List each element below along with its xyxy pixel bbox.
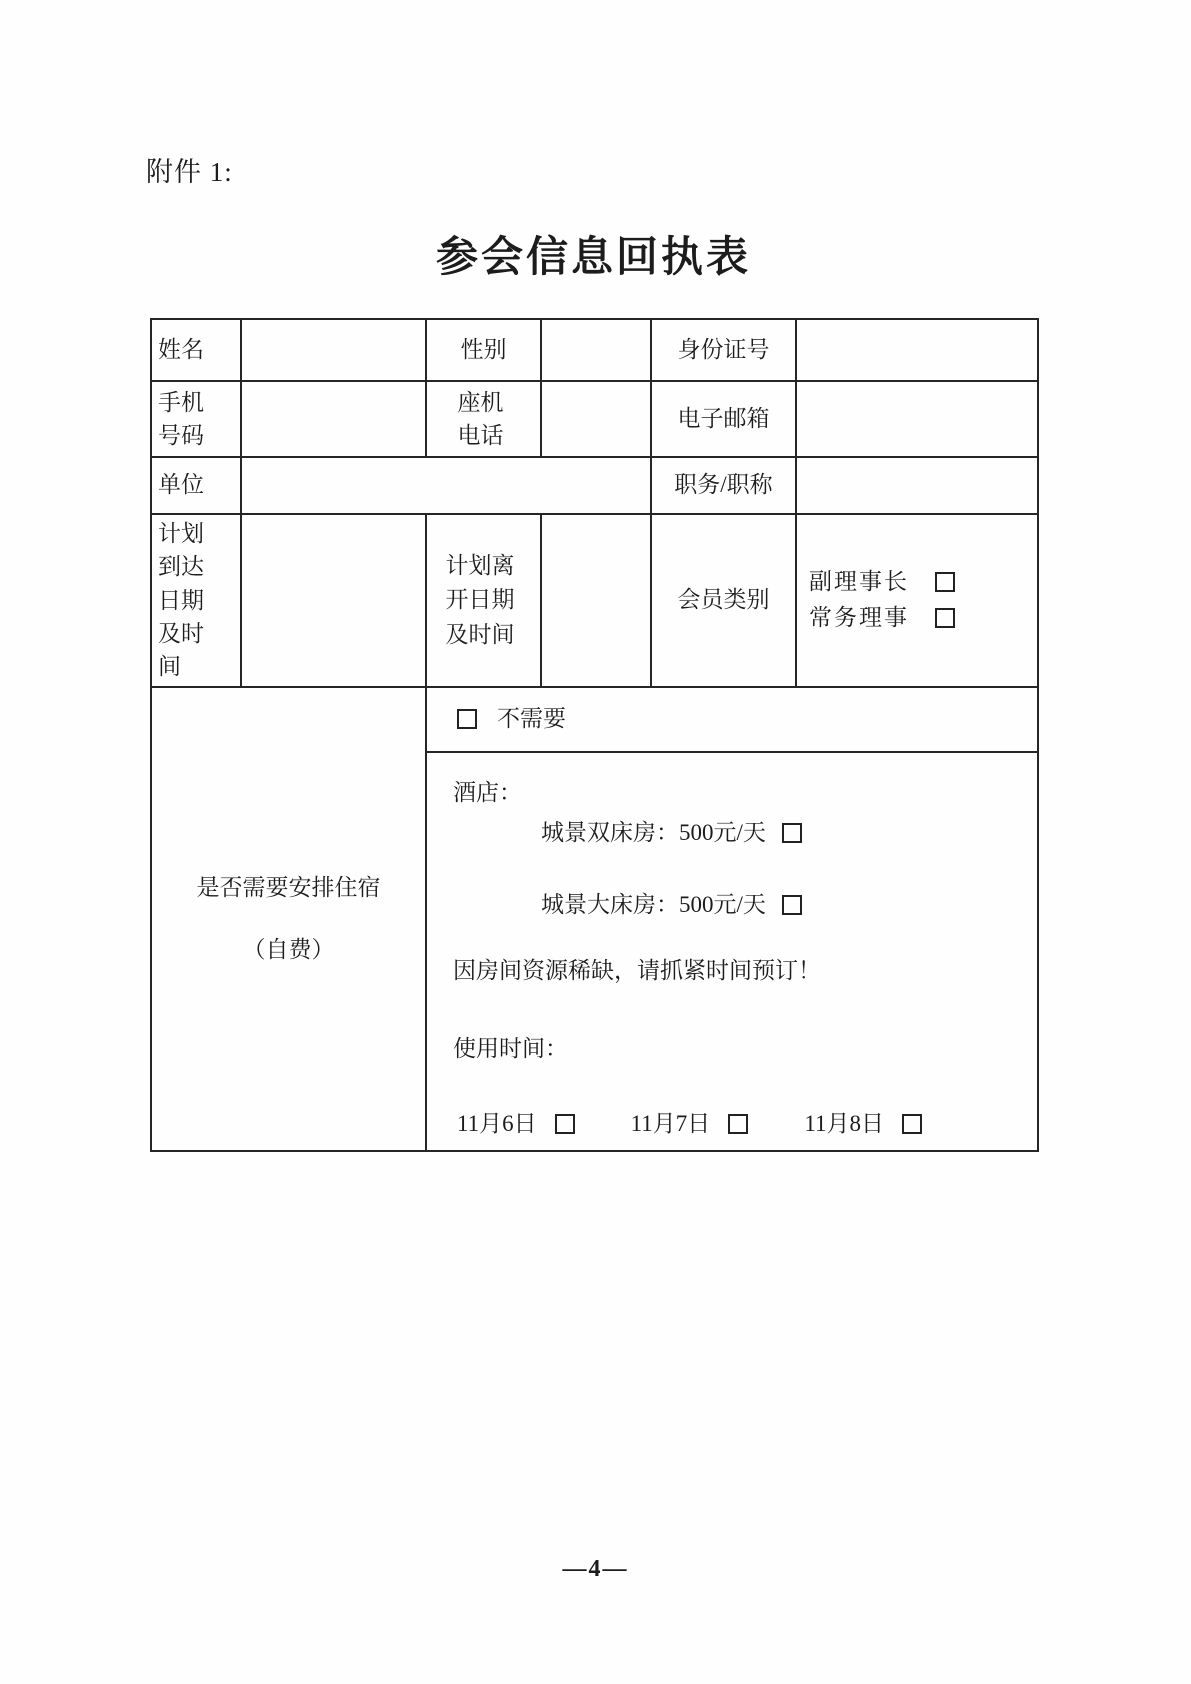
date-option-nov8: 11月8日 xyxy=(804,1108,922,1140)
name-field[interactable] xyxy=(241,319,426,381)
room-option-king: 城景大床房：500元/天 xyxy=(453,889,1027,921)
attachment-label: 附件 1: xyxy=(146,150,233,189)
vice-chairman-checkbox-icon[interactable] xyxy=(935,572,955,592)
departure-label: 计划离开日期及时间 xyxy=(426,514,541,687)
twin-room-label: 城景双床房：500元/天 xyxy=(541,817,766,849)
nov7-label: 11月7日 xyxy=(631,1108,711,1140)
mobile-label: 手机号码 xyxy=(151,381,241,457)
landline-label: 座机电话 xyxy=(426,381,541,457)
page-number: —4— xyxy=(0,1556,1191,1583)
member-option-vice-chairman: 副理事长 xyxy=(803,566,1031,598)
member-category-options: 副理事长 常务理事 xyxy=(796,514,1038,687)
accommodation-question-cell: 是否需要安排住宿 （自费） xyxy=(151,687,426,1151)
email-label: 电子邮箱 xyxy=(651,381,796,457)
table-row: 姓名 性别 身份证号 xyxy=(151,319,1038,381)
nov8-checkbox-icon[interactable] xyxy=(902,1114,922,1134)
arrival-field[interactable] xyxy=(241,514,426,687)
executive-director-checkbox-icon[interactable] xyxy=(935,608,955,628)
organization-field[interactable] xyxy=(241,457,651,514)
usage-time-label: 使用时间： xyxy=(453,1033,1027,1065)
table-row: 是否需要安排住宿 （自费） 不需要 xyxy=(151,687,1038,752)
name-label: 姓名 xyxy=(151,319,241,381)
date-option-nov6: 11月6日 xyxy=(457,1108,575,1140)
departure-field[interactable] xyxy=(541,514,651,687)
page-title: 参会信息回执表 xyxy=(150,224,1037,284)
no-need-option: 不需要 xyxy=(427,703,1037,735)
gender-label: 性别 xyxy=(426,319,541,381)
position-field[interactable] xyxy=(796,457,1038,514)
king-room-label: 城景大床房：500元/天 xyxy=(541,889,766,921)
table-row: 计划到达日期及时间 计划离开日期及时间 会员类别 副理事长 常务理事 xyxy=(151,514,1038,687)
position-label: 职务/职称 xyxy=(651,457,796,514)
hotel-details-cell: 酒店： 城景双床房：500元/天 城景大床房：500元/天 因房间资源稀缺，请抓… xyxy=(426,752,1038,1151)
no-need-label: 不需要 xyxy=(497,703,566,735)
table-row: 手机号码 座机电话 电子邮箱 xyxy=(151,381,1038,457)
usage-date-options: 11月6日 11月7日 11月8日 xyxy=(453,1108,1027,1140)
no-need-checkbox-icon[interactable] xyxy=(457,709,477,729)
nov6-checkbox-icon[interactable] xyxy=(555,1114,575,1134)
gender-field[interactable] xyxy=(541,319,651,381)
accommodation-selfpay-note: （自费） xyxy=(158,934,419,966)
nov7-checkbox-icon[interactable] xyxy=(728,1114,748,1134)
organization-label: 单位 xyxy=(151,457,241,514)
king-room-checkbox-icon[interactable] xyxy=(782,895,802,915)
scarcity-note: 因房间资源稀缺，请抓紧时间预订！ xyxy=(453,955,1027,987)
no-need-cell: 不需要 xyxy=(426,687,1038,752)
twin-room-checkbox-icon[interactable] xyxy=(782,823,802,843)
nov6-label: 11月6日 xyxy=(457,1108,537,1140)
landline-label-text: 座机电话 xyxy=(458,386,510,453)
vice-chairman-label: 副理事长 xyxy=(809,566,909,598)
id-number-label: 身份证号 xyxy=(651,319,796,381)
id-number-field[interactable] xyxy=(796,319,1038,381)
landline-field[interactable] xyxy=(541,381,651,457)
nov8-label: 11月8日 xyxy=(804,1108,884,1140)
mobile-label-text: 手机号码 xyxy=(158,386,210,453)
email-field[interactable] xyxy=(796,381,1038,457)
room-option-twin: 城景双床房：500元/天 xyxy=(453,817,1027,849)
table-row: 单位 职务/职称 xyxy=(151,457,1038,514)
arrival-label-text: 计划到达日期及时间 xyxy=(158,517,210,684)
document-page: 附件 1: 参会信息回执表 姓名 性别 身份证号 手机号码 座机电话 电子邮箱 xyxy=(0,0,1191,1684)
member-option-executive-director: 常务理事 xyxy=(803,602,1031,634)
hotel-label: 酒店： xyxy=(453,777,1027,809)
arrival-label: 计划到达日期及时间 xyxy=(151,514,241,687)
executive-director-label: 常务理事 xyxy=(809,602,909,634)
member-category-label: 会员类别 xyxy=(651,514,796,687)
date-option-nov7: 11月7日 xyxy=(631,1108,749,1140)
mobile-field[interactable] xyxy=(241,381,426,457)
departure-label-text: 计划离开日期及时间 xyxy=(446,549,522,653)
reply-form-table: 姓名 性别 身份证号 手机号码 座机电话 电子邮箱 单位 职务/职称 xyxy=(150,318,1039,1152)
accommodation-question-label: 是否需要安排住宿 xyxy=(158,872,419,904)
